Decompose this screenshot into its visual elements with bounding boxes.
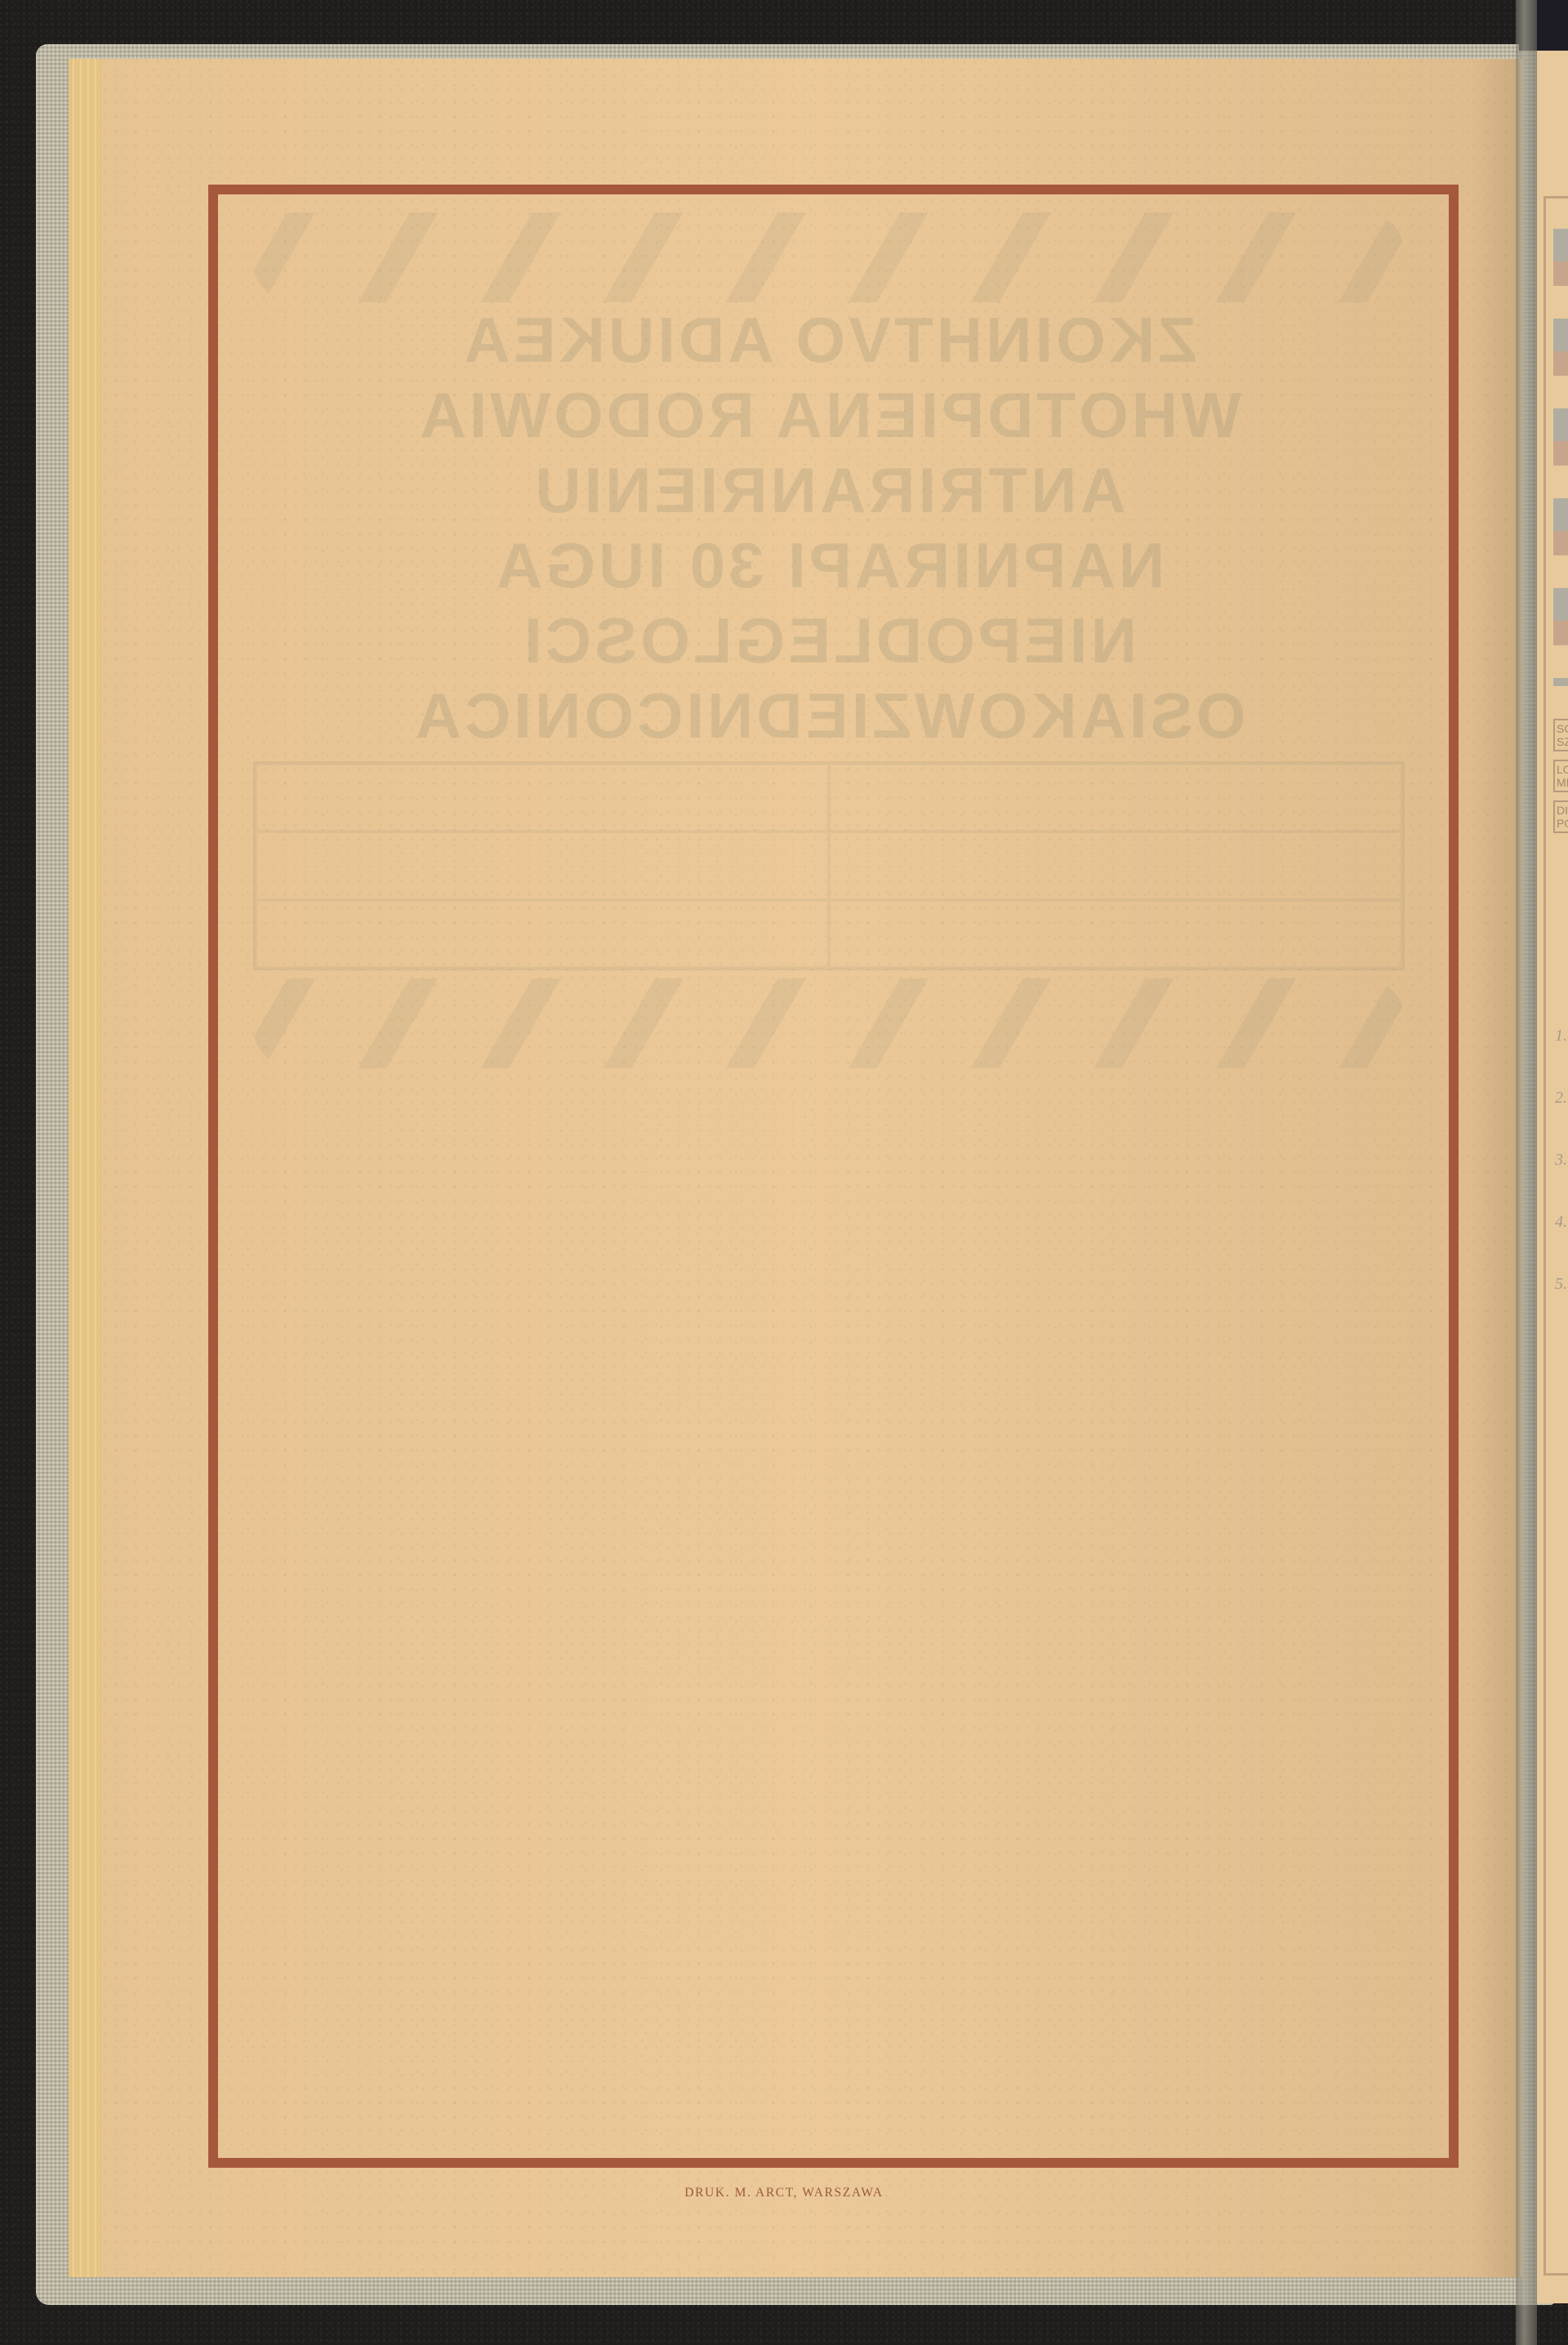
facing-label: LOG MIE: [1553, 760, 1568, 792]
gutter-shadow: [1470, 59, 1519, 2277]
facing-label: DIS PO: [1553, 800, 1568, 833]
facing-page-handwriting: 1. 2. 3. 4. 5.: [1555, 1005, 1567, 1315]
gutter-mylar-strip: [1516, 0, 1537, 2345]
handwritten-number: 2.: [1555, 1067, 1567, 1129]
handwritten-number: 5.: [1555, 1253, 1567, 1315]
handwritten-number: 1.: [1555, 1005, 1567, 1067]
facing-label: SCH SZK: [1553, 719, 1568, 751]
facing-page-ornament: [1553, 229, 1568, 686]
facing-page-fragment: SCH SZK LOG MIE DIS PO 1. 2. 3. 4. 5.: [1537, 49, 1568, 2303]
handwritten-number: 3.: [1555, 1129, 1567, 1191]
page-frame-border: [208, 185, 1459, 2168]
printer-imprint: DRUK. M. ARCT, WARSZAWA: [0, 2186, 1568, 2200]
facing-page-labels: SCH SZK LOG MIE DIS PO: [1553, 719, 1568, 841]
handwritten-number: 4.: [1555, 1191, 1567, 1253]
